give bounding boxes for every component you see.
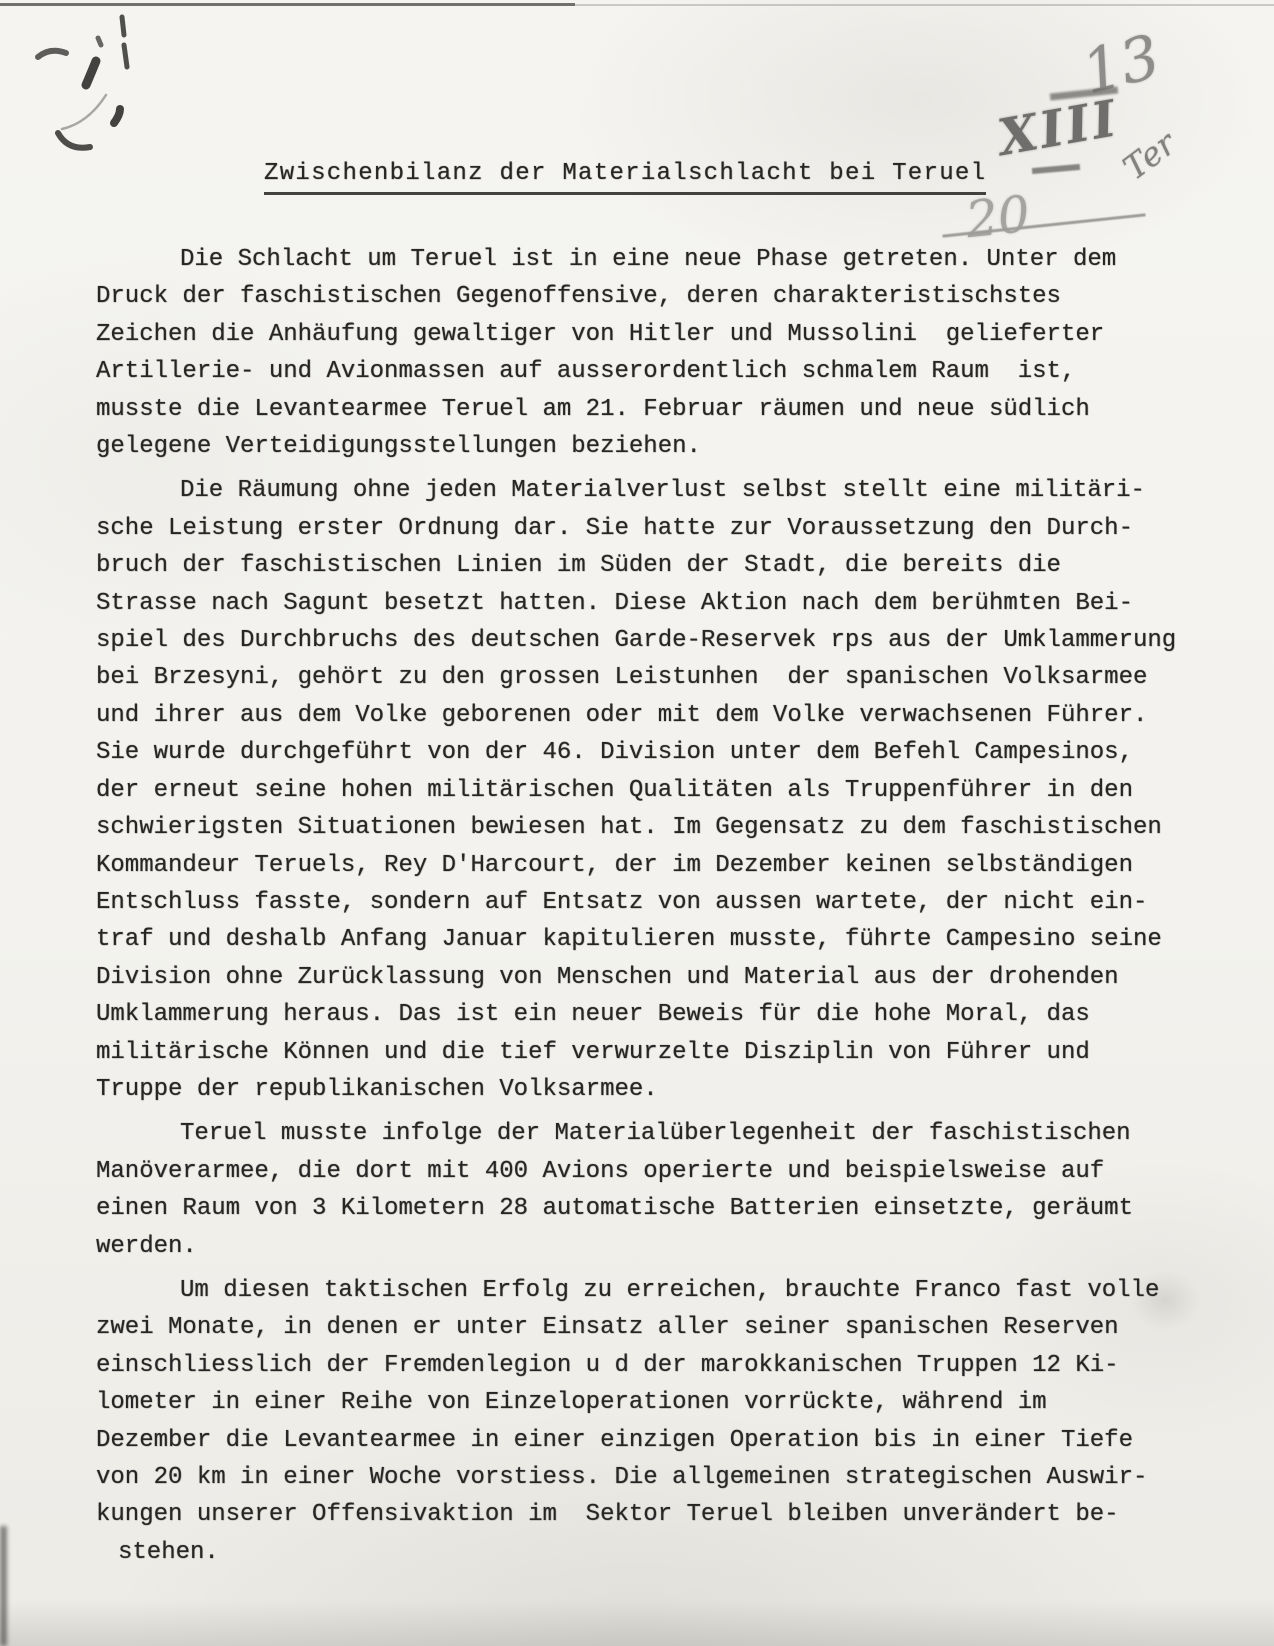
- text-line: der erneut seine hohen militärischen Qua…: [96, 772, 1246, 809]
- document-title: Zwischenbilanz der Materialschlacht bei …: [264, 160, 986, 195]
- text-line: Zeichen die Anhäufung gewaltiger von Hit…: [96, 316, 1246, 353]
- paragraph-1: Die Schlacht um Teruel ist in eine neue …: [96, 241, 1246, 465]
- text-line: Die Räumung ohne jeden Materialverlust s…: [96, 472, 1246, 509]
- text-line: gelegene Verteidigungsstellungen beziehe…: [96, 428, 1246, 465]
- text-line: einschliesslich der Fremdenlegion u d de…: [96, 1347, 1246, 1384]
- text-line: Dezember die Levantearmee in einer einzi…: [96, 1422, 1246, 1459]
- scanned-document-page: 13 XIII Ter 20 Zwischenbilanz der Materi…: [0, 0, 1274, 1646]
- text-line: bruch der faschistischen Linien im Süden…: [96, 547, 1246, 584]
- paragraph-3: Teruel musste infolge der Materialüberle…: [96, 1115, 1246, 1265]
- paragraph-4: Um diesen taktischen Erfolg zu erreichen…: [96, 1272, 1246, 1571]
- text-line: spiel des Durchbruchs des deutschen Gard…: [96, 622, 1246, 659]
- text-line: stehen.: [96, 1534, 1246, 1571]
- text-line: bei Brzesyni, gehört zu den grossen Leis…: [96, 659, 1246, 696]
- scan-top-edge-artifact-faint: [575, 4, 1274, 6]
- text-line: musste die Levantearmee Teruel am 21. Fe…: [96, 391, 1246, 428]
- text-line: Entschluss fasste, sondern auf Entsatz v…: [96, 884, 1246, 921]
- document-body: Die Schlacht um Teruel ist in eine neue …: [96, 241, 1246, 1571]
- text-line: sche Leistung erster Ordnung dar. Sie ha…: [96, 510, 1246, 547]
- text-line: von 20 km in einer Woche vorstiess. Die …: [96, 1459, 1246, 1496]
- text-line: einen Raum von 3 Kilometern 28 automatis…: [96, 1190, 1246, 1227]
- text-line: lometer in einer Reihe von Einzeloperati…: [96, 1384, 1246, 1421]
- scan-bottom-shadow: [0, 1600, 1274, 1646]
- text-line: traf und deshalb Anfang Januar kapitulie…: [96, 921, 1246, 958]
- text-line: Umklammerung heraus. Das ist ein neuer B…: [96, 996, 1246, 1033]
- ink-scribble-marks: [10, 5, 180, 175]
- pencil-roman-numeral: XIII: [994, 88, 1123, 167]
- text-line: Druck der faschistischen Gegenoffensive,…: [96, 278, 1246, 315]
- pencil-underline-mark: [1032, 164, 1080, 174]
- text-line: Division ohne Zurücklassung von Menschen…: [96, 959, 1246, 996]
- text-line: werden.: [96, 1228, 1246, 1265]
- paragraph-2: Die Räumung ohne jeden Materialverlust s…: [96, 472, 1246, 1108]
- text-line: Kommandeur Teruels, Rey D'Harcourt, der …: [96, 847, 1246, 884]
- text-line: Artillerie- und Avionmassen auf ausseror…: [96, 353, 1246, 390]
- pencil-cursive-note: Ter: [1116, 123, 1183, 187]
- text-line: Sie wurde durchgeführt von der 46. Divis…: [96, 734, 1246, 771]
- text-line: Teruel musste infolge der Materialüberle…: [96, 1115, 1246, 1152]
- text-line: Um diesen taktischen Erfolg zu erreichen…: [96, 1272, 1246, 1309]
- text-line: Strasse nach Sagunt besetzt hatten. Dies…: [96, 585, 1246, 622]
- text-line: zwei Monate, in denen er unter Einsatz a…: [96, 1309, 1246, 1346]
- scan-left-edge-artifact: [0, 1526, 7, 1646]
- text-line: Manöverarmee, die dort mit 400 Avions op…: [96, 1153, 1246, 1190]
- text-line: schwierigsten Situationen bewiesen hat. …: [96, 809, 1246, 846]
- text-line: Die Schlacht um Teruel ist in eine neue …: [96, 241, 1246, 278]
- text-line: militärische Können und die tief verwurz…: [96, 1034, 1246, 1071]
- text-line: und ihrer aus dem Volke geborenen oder m…: [96, 697, 1246, 734]
- text-line: kungen unserer Offensivaktion im Sektor …: [96, 1496, 1246, 1533]
- text-line: Truppe der republikanischen Volksarmee.: [96, 1071, 1246, 1108]
